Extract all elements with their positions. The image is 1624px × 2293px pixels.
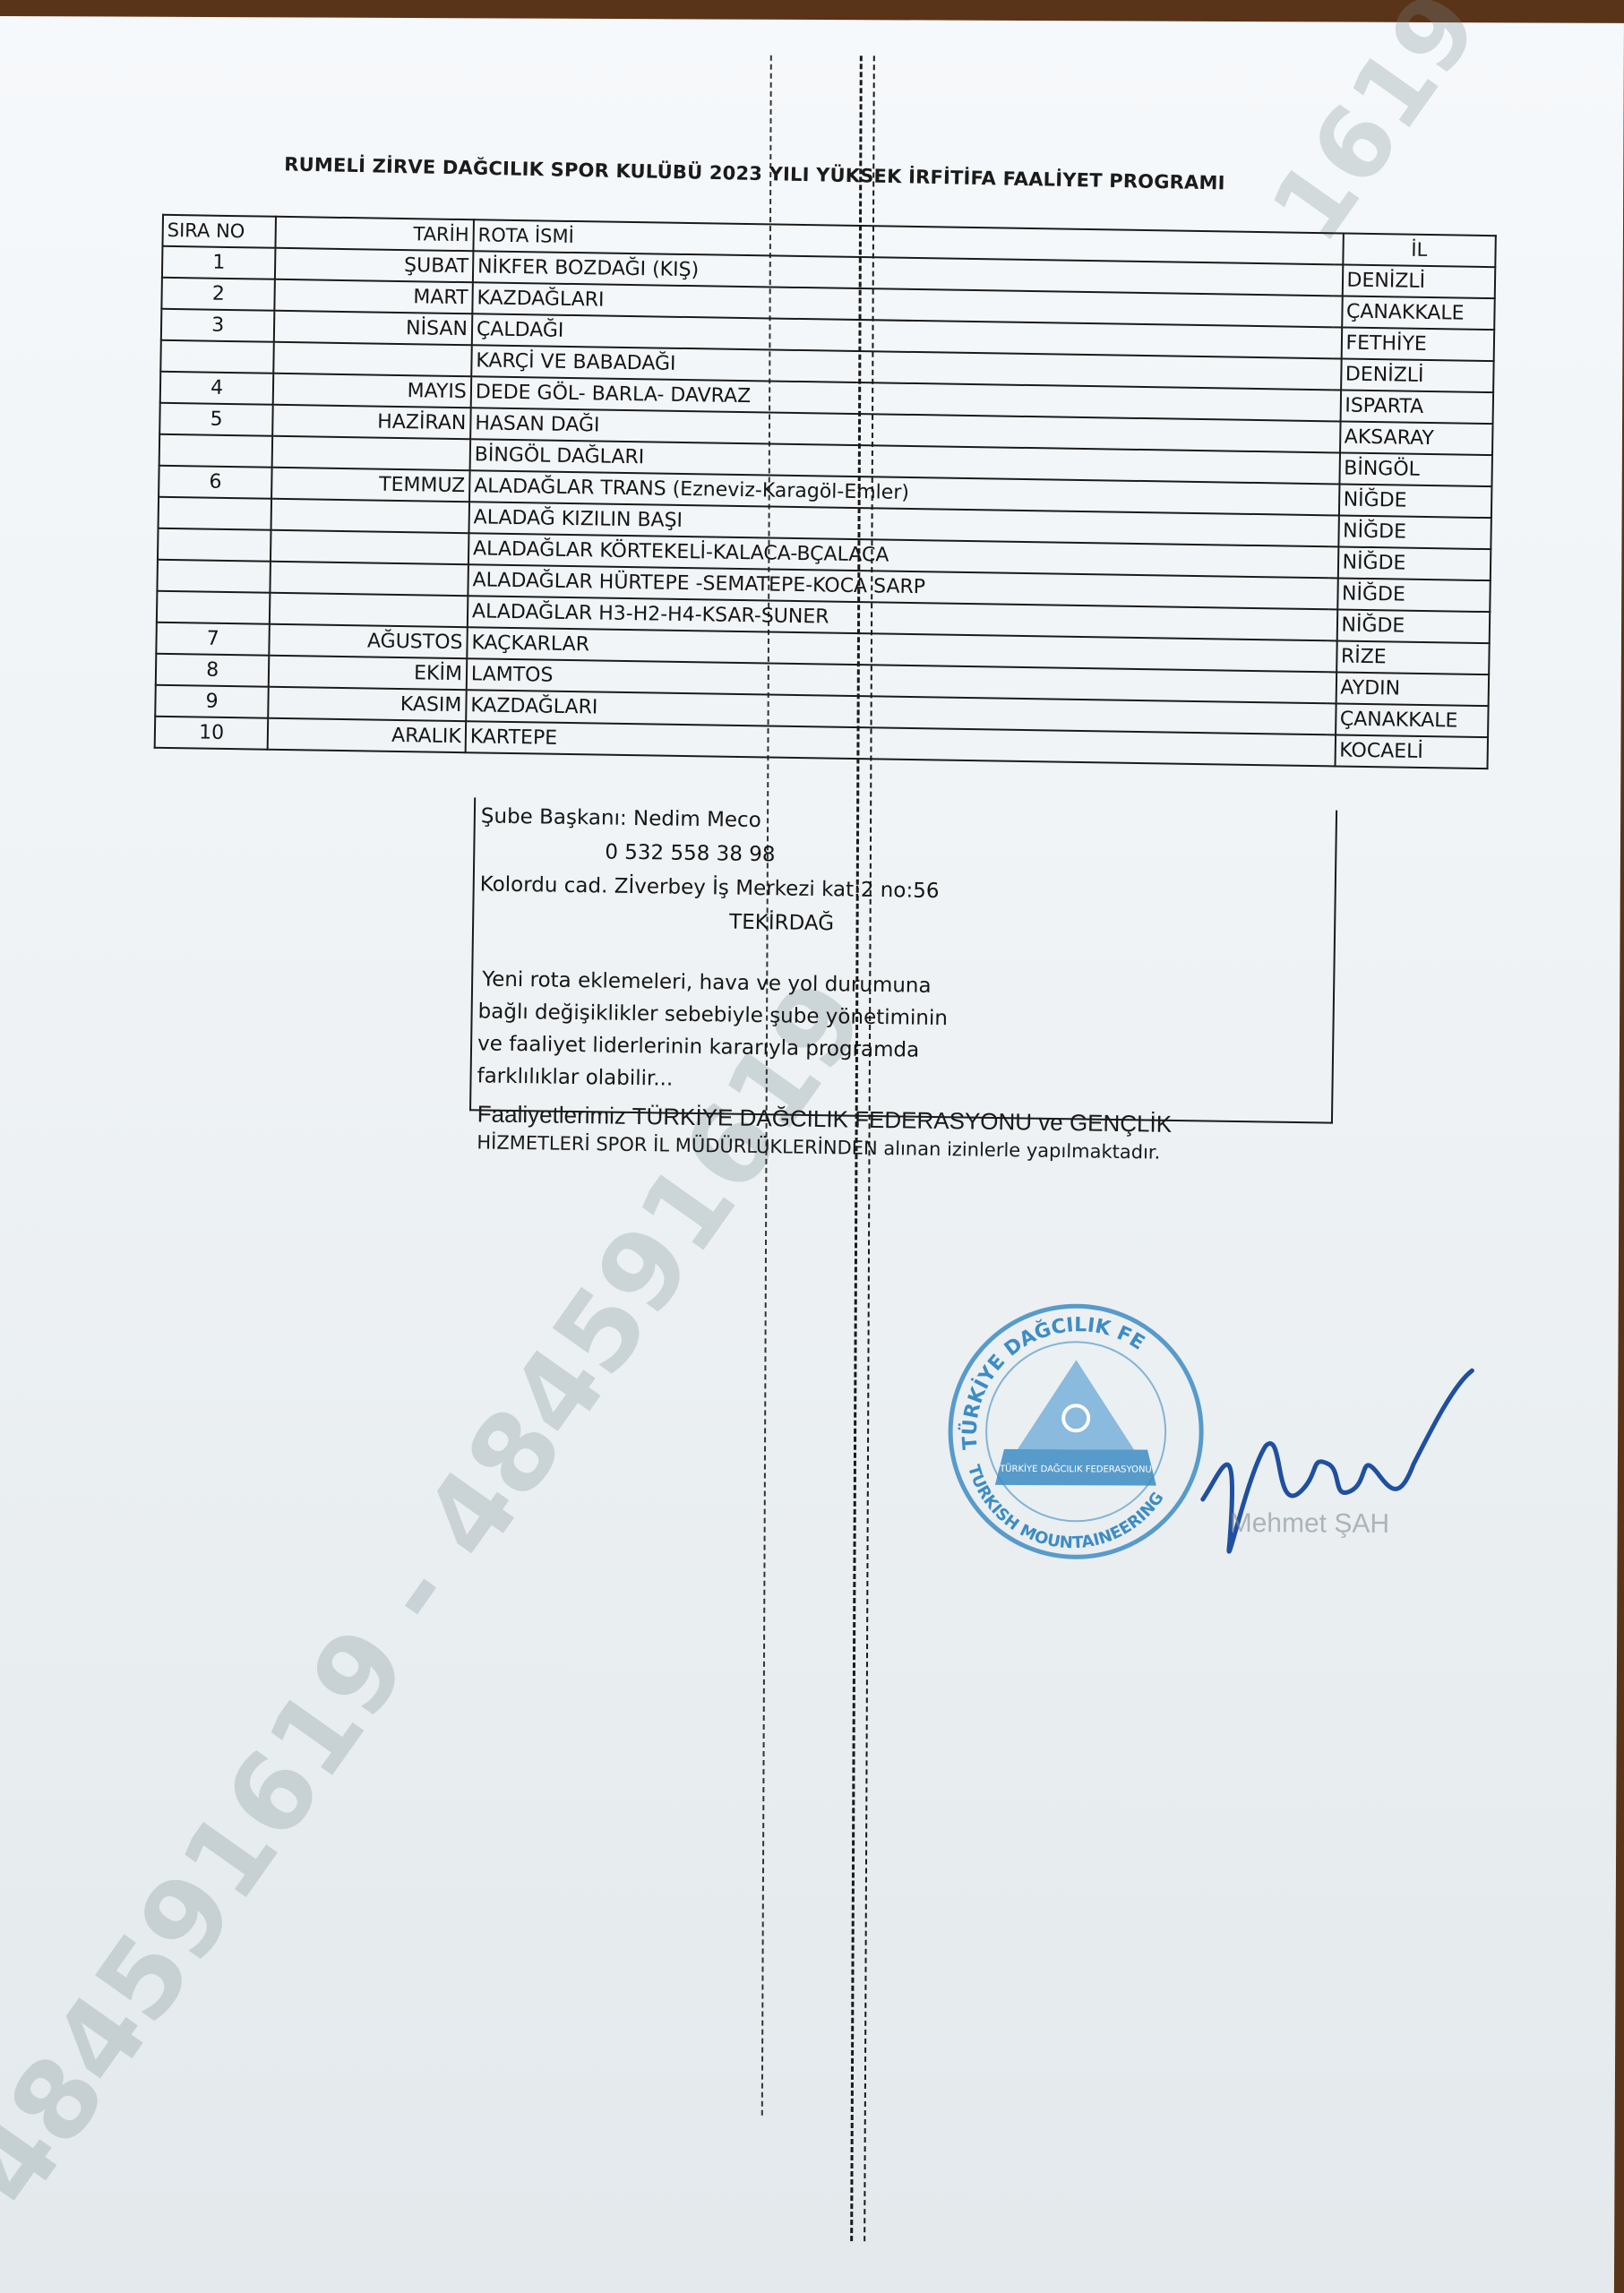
row-date bbox=[271, 562, 468, 596]
row-number: 3 bbox=[161, 309, 275, 342]
row-number bbox=[158, 528, 271, 562]
row-city: NİĞDE bbox=[1337, 546, 1491, 580]
row-date: EKİM bbox=[269, 656, 467, 690]
row-city: DENİZLİ bbox=[1342, 264, 1495, 298]
signer-name: Mehmet ŞAH bbox=[1230, 1508, 1390, 1540]
row-date: MART bbox=[275, 279, 473, 313]
header-date: TARİH bbox=[276, 217, 474, 251]
row-number: 9 bbox=[155, 685, 269, 718]
row-date bbox=[270, 593, 468, 627]
row-city: ISPARTA bbox=[1340, 390, 1493, 424]
row-number: 7 bbox=[156, 623, 270, 656]
document-page: 484591619 - 484591619 1619 RUMELİ ZİRVE … bbox=[0, 16, 1624, 2293]
row-number bbox=[159, 434, 273, 468]
address: Kolordu cad. Zİverbey İş Merkezi kat:2 n… bbox=[480, 872, 940, 903]
row-date bbox=[274, 342, 472, 376]
row-city: NİĞDE bbox=[1336, 609, 1490, 643]
program-table-wrapper: SIRA NO TARİH ROTA İSMİ İL 1ŞUBATNİKFER … bbox=[154, 214, 1501, 769]
row-date bbox=[271, 530, 468, 564]
row-date: HAZİRAN bbox=[272, 405, 470, 439]
note-line: farklılıklar olabilir... bbox=[477, 1064, 673, 1090]
row-number: 2 bbox=[161, 278, 275, 311]
svg-text:TÜRKİYE DAĞCILIK FEDERASYONU: TÜRKİYE DAĞCILIK FEDERASYONU bbox=[999, 1463, 1152, 1475]
row-city: AYDIN bbox=[1336, 672, 1489, 706]
footer-line-2: HİZMETLERİ SPOR İL MÜDÜRLÜKLERİNDEN alın… bbox=[477, 1131, 1372, 1166]
federation-stamp: TÜRKİYE DAĞCILIK FE TURKISH MOUNTAINEERI… bbox=[941, 1297, 1210, 1567]
row-date: AĞUSTOS bbox=[270, 624, 468, 658]
row-date: TEMMUZ bbox=[271, 468, 469, 502]
row-city: ÇANAKKALE bbox=[1336, 703, 1489, 737]
row-city: KOCAELİ bbox=[1335, 734, 1488, 769]
row-number bbox=[160, 340, 274, 374]
row-date: NİSAN bbox=[274, 311, 472, 345]
row-city: RİZE bbox=[1336, 640, 1490, 674]
row-number: 4 bbox=[160, 372, 274, 405]
row-number: 6 bbox=[159, 466, 272, 499]
row-date bbox=[271, 499, 469, 533]
row-city: NİĞDE bbox=[1337, 578, 1491, 612]
header-no: SIRA NO bbox=[162, 215, 276, 248]
row-date: ŞUBAT bbox=[275, 248, 473, 282]
row-number bbox=[159, 497, 272, 530]
note-line: bağlı değişiklikler sebebiyle şube yönet… bbox=[477, 1000, 948, 1030]
row-number: 1 bbox=[162, 246, 276, 279]
note-line: Yeni rota eklemeleri, hava ve yol durumu… bbox=[482, 967, 932, 997]
row-city: ÇANAKKALE bbox=[1342, 296, 1495, 330]
row-date bbox=[272, 436, 470, 470]
row-number bbox=[157, 560, 271, 593]
row-number: 8 bbox=[156, 654, 270, 687]
program-table: SIRA NO TARİH ROTA İSMİ İL 1ŞUBATNİKFER … bbox=[154, 214, 1497, 769]
row-date: KASIM bbox=[269, 687, 467, 721]
header-city: İL bbox=[1343, 234, 1496, 268]
document-title: RUMELİ ZİRVE DAĞCILIK SPOR KULÜBÜ 2023 Y… bbox=[284, 153, 1269, 194]
phone-number: 0 532 558 38 98 bbox=[605, 840, 776, 866]
contact-notes-box: Şube Başkanı: Nedim Meco 0 532 558 38 98… bbox=[469, 797, 1337, 1123]
watermark-top: 1619 bbox=[1249, 0, 1500, 262]
row-date: MAYIS bbox=[273, 374, 471, 408]
city: TEKİRDAĞ bbox=[729, 911, 834, 936]
signature bbox=[1184, 1365, 1481, 1599]
row-city: NİĞDE bbox=[1338, 484, 1491, 518]
row-city: AKSARAY bbox=[1340, 421, 1493, 455]
row-city: BİNGÖL bbox=[1339, 452, 1492, 486]
row-date: ARALIK bbox=[268, 718, 466, 752]
row-city: NİĞDE bbox=[1338, 515, 1491, 549]
row-number: 10 bbox=[155, 717, 269, 750]
row-number: 5 bbox=[159, 403, 273, 436]
row-city: FETHİYE bbox=[1341, 327, 1494, 361]
note-line: ve faaliyet liderlerinin kararıyla progr… bbox=[477, 1032, 919, 1061]
row-number bbox=[157, 591, 271, 624]
branch-president: Şube Başkanı: Nedim Meco bbox=[481, 804, 761, 832]
row-city: DENİZLİ bbox=[1341, 358, 1494, 392]
